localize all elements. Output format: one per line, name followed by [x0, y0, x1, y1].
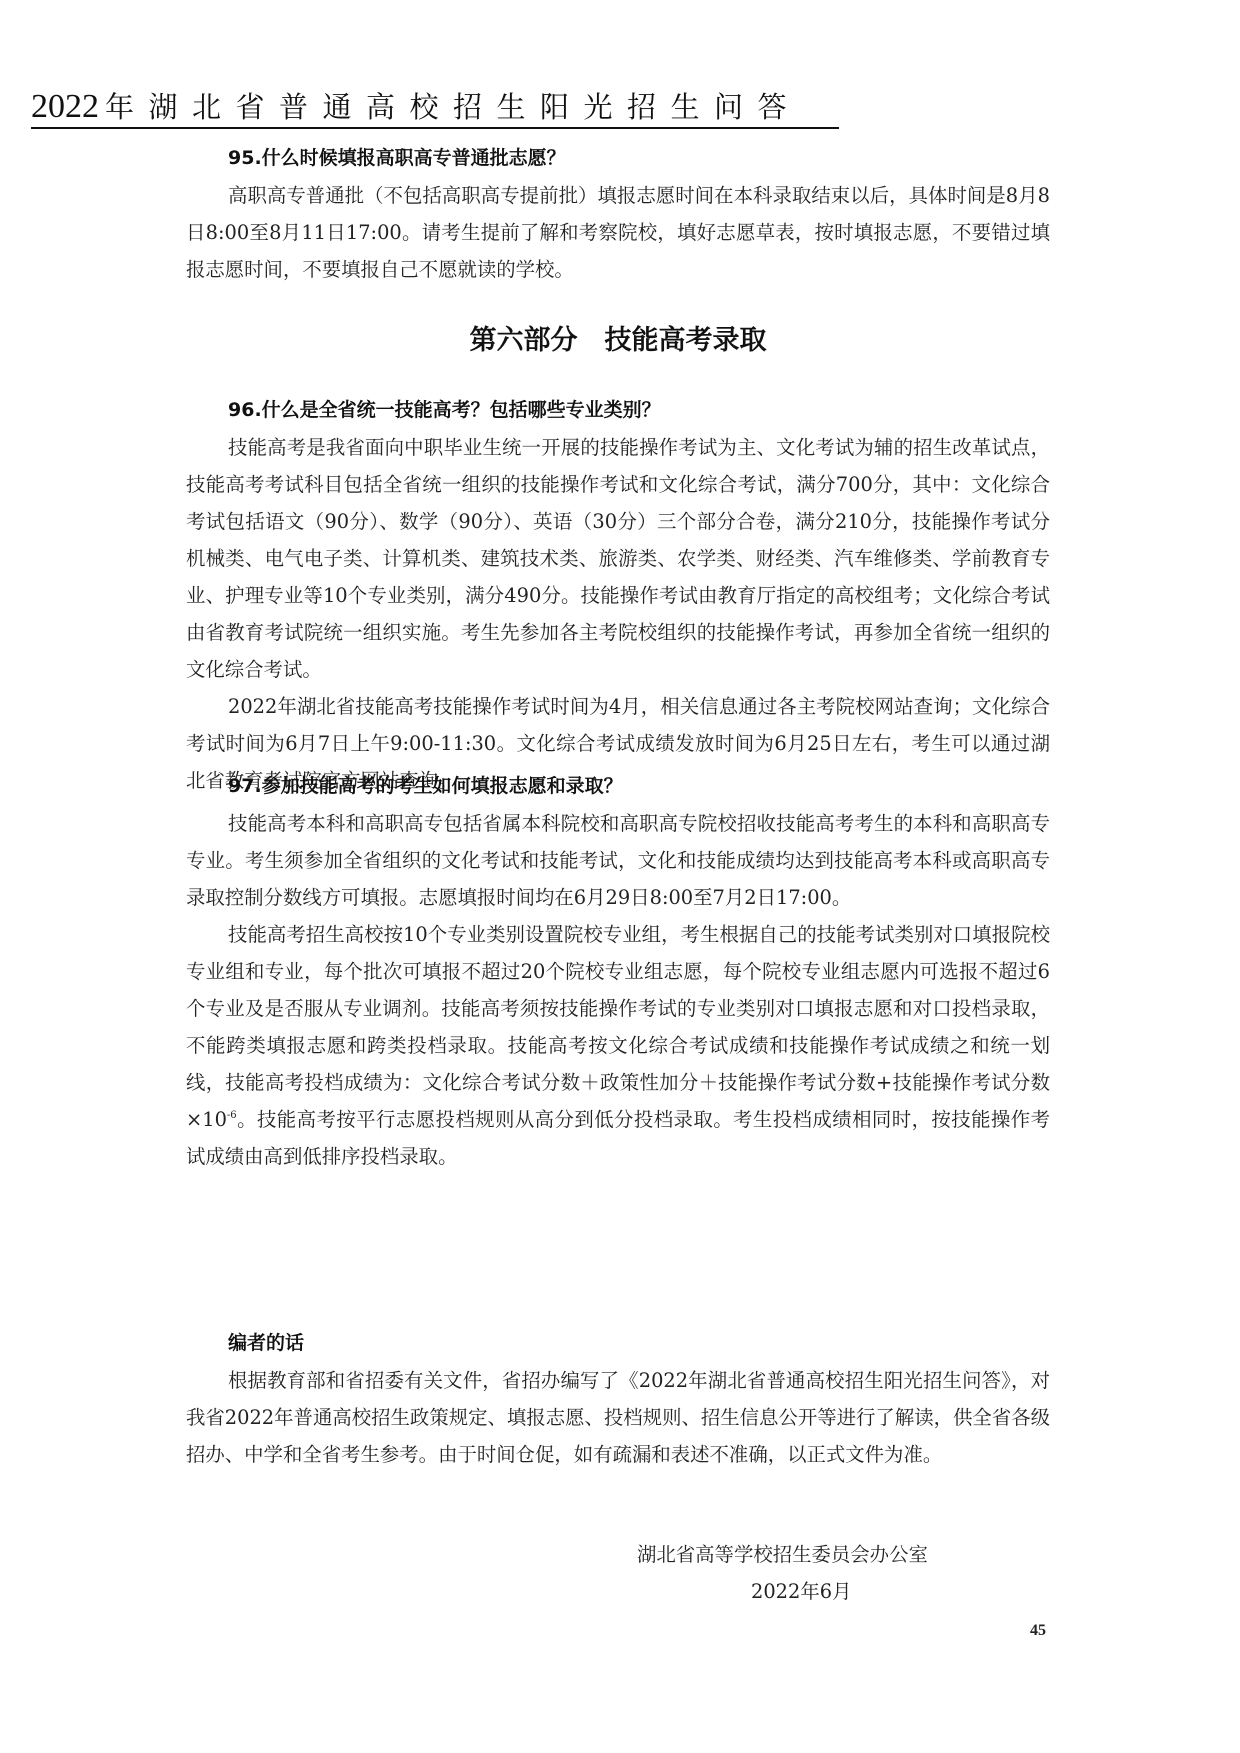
question-96: 96.什么是全省统一技能高考？包括哪些专业类别？ 技能高考是我省面向中职毕业生统… [186, 392, 1050, 799]
exponent: -6 [227, 1110, 237, 1121]
editor-note-paragraph: 根据教育部和省招委有关文件，省招办编写了《2022年湖北省普通高校招生阳光招生问… [186, 1362, 1050, 1473]
editor-note-heading: 编者的话 [186, 1325, 1050, 1362]
signature-organization: 湖北省高等学校招生委员会办公室 [637, 1536, 928, 1573]
document-title-year: 2022 [31, 88, 99, 125]
question-heading: 95.什么时候填报高职高专普通批志愿？ [186, 140, 1050, 177]
answer-paragraph: 技能高考是我省面向中职毕业生统一开展的技能操作考试为主、文化考试为辅的招生改革试… [186, 429, 1050, 688]
question-heading: 96.什么是全省统一技能高考？包括哪些专业类别？ [186, 392, 1050, 429]
formula-text: 技能高考招生高校按10个专业类别设置院校专业组，考生根据自己的技能考试类别对口填… [186, 923, 1050, 1131]
question-heading: 97.参加技能高考的考生如何填报志愿和录取？ [186, 768, 1050, 805]
document-title: 2022年湖北省普通高校招生阳光招生问答 [31, 88, 839, 129]
answer-paragraph-formula: 技能高考招生高校按10个专业类别设置院校专业组，考生根据自己的技能考试类别对口填… [186, 916, 1050, 1175]
question-95: 95.什么时候填报高职高专普通批志愿？ 高职高专普通批（不包括高职高专提前批）填… [186, 140, 1050, 288]
document-title-text: 年湖北省普通高校招生阳光招生问答 [105, 90, 801, 124]
editor-note: 编者的话 根据教育部和省招委有关文件，省招办编写了《2022年湖北省普通高校招生… [186, 1325, 1050, 1473]
formula-text-continued: 。技能高考按平行志愿投档规则从高分到低分投档录取。考生投档成绩相同时，按技能操作… [186, 1108, 1050, 1168]
section-title: 第六部分 技能高考录取 [186, 321, 1050, 361]
answer-paragraph: 技能高考本科和高职高专包括省属本科院校和高职高专院校招收技能高考考生的本科和高职… [186, 805, 1050, 916]
signature-date: 2022年6月 [751, 1573, 851, 1610]
question-97: 97.参加技能高考的考生如何填报志愿和录取？ 技能高考本科和高职高专包括省属本科… [186, 768, 1050, 1175]
answer-paragraph: 高职高专普通批（不包括高职高专提前批）填报志愿时间在本科录取结束以后，具体时间是… [186, 177, 1050, 288]
page-number: 45 [1030, 1622, 1046, 1640]
